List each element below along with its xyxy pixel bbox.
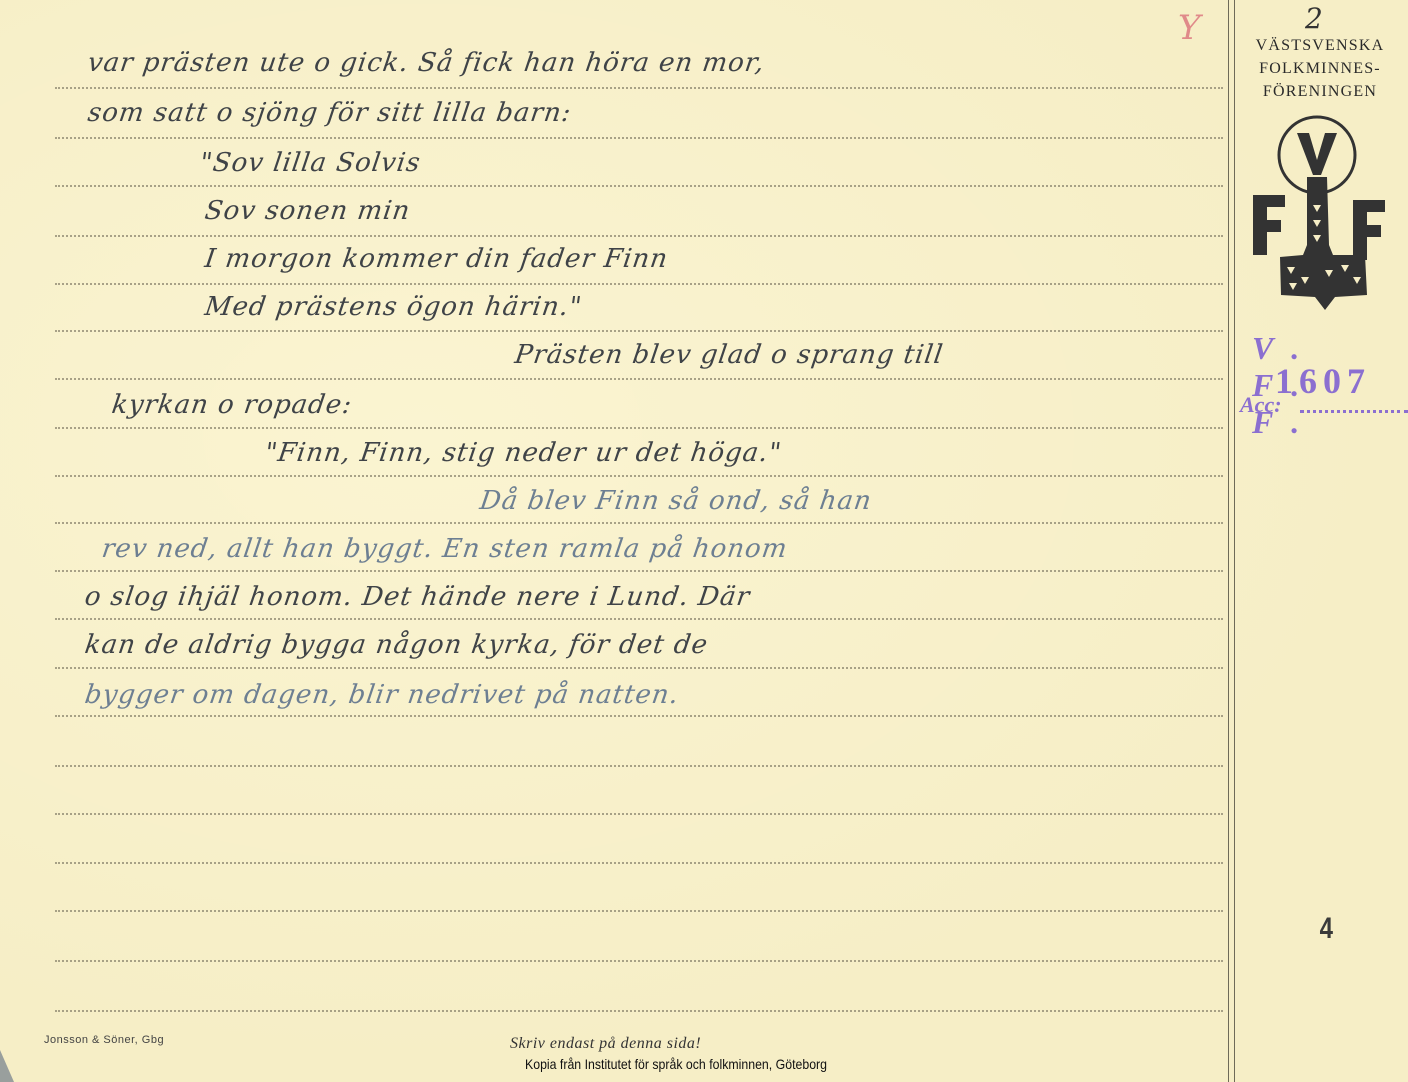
hw-line-4: Sov sonen min xyxy=(203,196,412,226)
hw-line-14: bygger om dagen, blir nedrivet på natten… xyxy=(83,680,681,710)
hw-line-10: Då blev Finn så ond, så han xyxy=(478,486,874,516)
accession-label: Acc: xyxy=(1240,392,1282,418)
hw-line-13: kan de aldrig bygga någon kyrka, för det… xyxy=(83,630,710,660)
archive-copyright-notice: Kopia från Institutet för språk och folk… xyxy=(525,1056,827,1072)
hw-line-3: "Sov lilla Solvis xyxy=(198,148,423,178)
vff-hammer-logo-icon xyxy=(1245,105,1395,330)
printer-imprint: Jonsson & Söner, Gbg xyxy=(44,1034,164,1046)
hw-line-1: var prästen ute o gick. Så fick han höra… xyxy=(86,48,767,78)
page-number: 4 xyxy=(1320,912,1333,946)
accession-dotted-line xyxy=(1300,410,1408,413)
red-pencil-mark: Y xyxy=(1178,8,1200,48)
handwritten-page-mark: 2 xyxy=(1305,2,1323,35)
hw-line-12: o slog ihjäl honom. Det hände nere i Lun… xyxy=(83,582,752,612)
folded-corner xyxy=(0,1050,14,1082)
hw-line-8: kyrkan o ropade: xyxy=(110,390,354,420)
hw-line-9: "Finn, Finn, stig neder ur det höga." xyxy=(263,438,784,468)
hw-line-6: Med prästens ögon härin." xyxy=(203,292,584,322)
org-name-line-1: VÄSTSVENSKA xyxy=(1240,35,1400,57)
hw-line-7: Prästen blev glad o sprang till xyxy=(513,340,945,370)
hw-line-11: rev ned, allt han byggt. En sten ramla p… xyxy=(100,534,790,564)
hw-line-5: I morgon kommer din fader Finn xyxy=(203,244,670,274)
org-name-line-2: FOLKMINNES- xyxy=(1240,58,1400,80)
write-one-side-instruction: Skriv endast på denna sida! xyxy=(510,1035,701,1053)
hw-line-2: som satt o sjöng för sitt lilla barn: xyxy=(86,98,574,128)
org-name-line-3: FÖRENINGEN xyxy=(1240,81,1400,103)
accession-number: 1607 xyxy=(1275,360,1371,402)
margin-rule-left xyxy=(1228,0,1229,1082)
margin-rule-right xyxy=(1234,0,1235,1082)
